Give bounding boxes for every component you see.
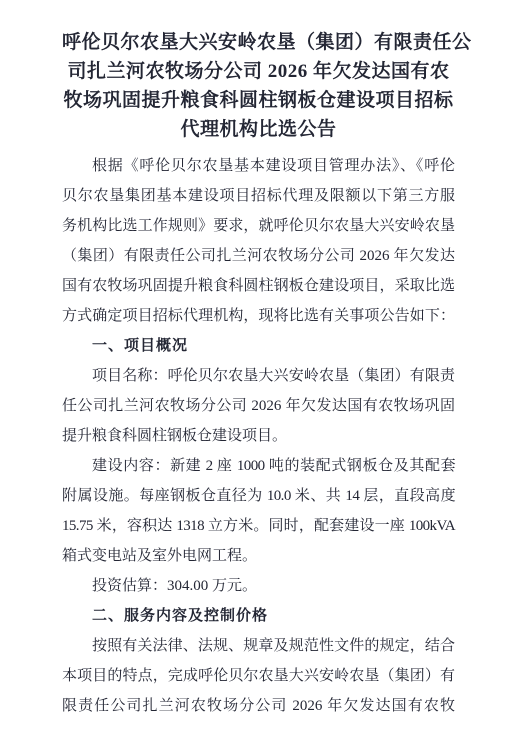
paragraph-intro: 根据《呼伦贝尔农垦基本建设项目管理办法》、《呼伦 贝尔农垦集团基本建设项目招标代… <box>62 151 455 331</box>
text-line: 贝尔农垦集团基本建设项目招标代理及限额以下第三方服 <box>62 181 455 211</box>
text-line: 项目名称：呼伦贝尔农垦大兴安岭农垦（集团）有限责 <box>62 361 455 391</box>
section-heading-project-overview: 一、项目概况 <box>62 331 455 361</box>
title-line: 呼伦贝尔农垦大兴安岭农垦（集团）有限责任公 <box>62 28 455 57</box>
document-body: 根据《呼伦贝尔农垦基本建设项目管理办法》、《呼伦 贝尔农垦集团基本建设项目招标代… <box>62 151 455 721</box>
paragraph-service: 按照有关法律、法规、规章及规范性文件的规定，结合 本项目的特点，完成呼伦贝尔农垦… <box>62 631 455 721</box>
document-page: 呼伦贝尔农垦大兴安岭农垦（集团）有限责任公 司扎兰河农牧场分公司 2026 年欠… <box>0 0 517 735</box>
title-line: 牧场巩固提升粮食科圆柱钢板仓建设项目招标 <box>62 86 455 115</box>
text-line: 15.75 米，容积达 1318 立方米。同时，配套建设一座 100kVA <box>62 511 455 541</box>
text-line: （集团）有限责任公司扎兰河农牧场分公司 2026 年欠发达 <box>62 241 455 271</box>
text-line: 本项目的特点，完成呼伦贝尔农垦大兴安岭农垦（集团）有 <box>62 661 455 691</box>
text-line: 箱式变电站及室外电网工程。 <box>62 541 455 571</box>
text-line: 按照有关法律、法规、规章及规范性文件的规定，结合 <box>62 631 455 661</box>
text-line: 提升粮食科圆柱钢板仓建设项目。 <box>62 421 455 451</box>
document-title: 呼伦贝尔农垦大兴安岭农垦（集团）有限责任公 司扎兰河农牧场分公司 2026 年欠… <box>62 28 455 144</box>
text-line: 建设内容：新建 2 座 1000 吨的装配式钢板仓及其配套 <box>62 451 455 481</box>
title-line: 代理机构比选公告 <box>62 115 455 144</box>
text-line: 务机构比选工作规则》要求，就呼伦贝尔农垦大兴安岭农垦 <box>62 211 455 241</box>
title-line: 司扎兰河农牧场分公司 2026 年欠发达国有农 <box>62 57 455 86</box>
paragraph-investment-estimate: 投资估算：304.00 万元。 <box>62 571 455 601</box>
paragraph-project-name: 项目名称：呼伦贝尔农垦大兴安岭农垦（集团）有限责 任公司扎兰河农牧场分公司 20… <box>62 361 455 451</box>
section-heading-service-content: 二、服务内容及控制价格 <box>62 601 455 631</box>
text-line: 限责任公司扎兰河农牧场分公司 2026 年欠发达国有农牧 <box>62 691 455 721</box>
text-line: 方式确定项目招标代理机构，现将比选有关事项公告如下： <box>62 301 455 331</box>
text-line: 任公司扎兰河农牧场分公司 2026 年欠发达国有农牧场巩固 <box>62 391 455 421</box>
text-line: 根据《呼伦贝尔农垦基本建设项目管理办法》、《呼伦 <box>62 151 455 181</box>
text-line: 国有农牧场巩固提升粮食科圆柱钢板仓建设项目，采取比选 <box>62 271 455 301</box>
paragraph-construction-content: 建设内容：新建 2 座 1000 吨的装配式钢板仓及其配套 附属设施。每座钢板仓… <box>62 451 455 571</box>
text-line: 附属设施。每座钢板仓直径为 10.0 米、共 14 层，直段高度 <box>62 481 455 511</box>
